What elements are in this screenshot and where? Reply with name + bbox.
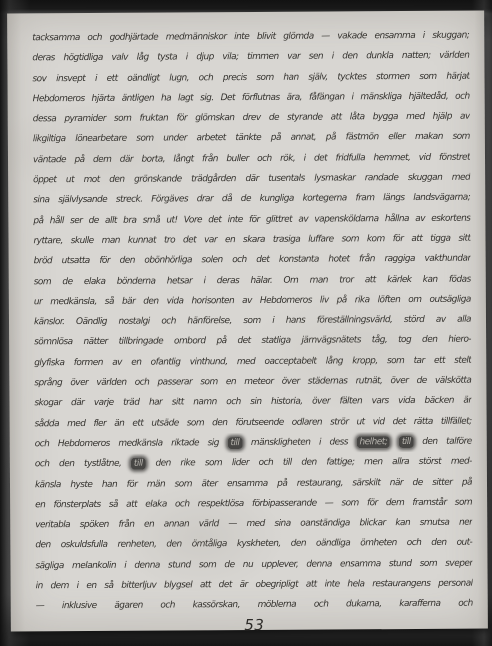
text-segment	[390, 437, 399, 447]
text-line: sägliga melankolin i denna stund som de …	[35, 553, 472, 576]
text-segment: skogar där varje träd har sitt namn och …	[34, 396, 471, 409]
text-segment: språng över världen och passerar som en …	[34, 376, 471, 389]
text-line: öppet ut mot den grönskande trädgården d…	[33, 168, 470, 191]
text-segment: den rike som lider och till den fattige;…	[146, 457, 472, 469]
text-segment: ryttare, skulle man kunnat tro det var e…	[33, 234, 470, 247]
text-line: känslor. Oändlig nostalgi och hänförelse…	[34, 310, 471, 333]
text-line: ryttare, skulle man kunnat tro det var e…	[33, 229, 470, 252]
text-segment: och Hebdomeros medkänsla riktade sig	[35, 438, 228, 449]
text-line: veritabla spöken från en annan värld — m…	[35, 513, 472, 536]
text-segment: sömnlösa nätter tillbringade ombord på d…	[34, 335, 471, 348]
text-segment: likgiltiga lönearbetare som under arbete…	[33, 132, 470, 145]
text-segment: väntade på dem där borta, långt från bul…	[33, 152, 470, 165]
text-segment: som de elaka bönderna hetsar i deras häl…	[34, 274, 471, 287]
text-segment: den oskuldsfulla renheten, den ömtåliga …	[35, 538, 472, 551]
text-line: bröd utsatta för den obönhörliga solen o…	[34, 249, 471, 272]
text-segment: en fönsterplats så att elaka och respekt…	[35, 497, 472, 510]
text-segment: in dem i en så bitterljuv blygsel att de…	[36, 579, 473, 592]
text-segment: dessa pyramider som fruktan för glömskan…	[33, 112, 470, 125]
text-line: likgiltiga lönearbetare som under arbete…	[33, 127, 470, 150]
text-line: som de elaka bönderna hetsar i deras häl…	[34, 269, 471, 292]
text-segment: — inklusive ägaren och kassörskan, möble…	[36, 599, 473, 612]
text-segment: öppet ut mot den grönskande trädgården d…	[33, 173, 470, 186]
highlighted-word: till	[399, 436, 414, 448]
text-line: sömnlösa nätter tillbringade ombord på d…	[34, 330, 471, 353]
book-page: tacksamma och godhjärtade medmänniskor i…	[7, 11, 488, 632]
text-segment: veritabla spöken från en annan värld — m…	[35, 518, 472, 531]
text-line: tacksamma och godhjärtade medmänniskor i…	[32, 26, 469, 49]
text-line: Hebdomeros hjärta äntligen ha lagt sig. …	[33, 87, 470, 110]
text-segment: känslor. Oändlig nostalgi och hänförelse…	[34, 315, 471, 328]
text-line: sina självlysande streck. Förgäves drar …	[33, 188, 470, 211]
text-segment: på håll ser de allt bra små ut! Vore det…	[33, 213, 470, 226]
text-line: deras högtidliga valv låg tysta i djup v…	[32, 46, 469, 69]
text-line: väntade på dem där borta, långt från bul…	[33, 147, 470, 170]
text-line: in dem i en så bitterljuv blygsel att de…	[36, 574, 473, 597]
text-line: på håll ser de allt bra små ut! Vore det…	[33, 208, 470, 231]
text-line: språng över världen och passerar som en …	[34, 371, 471, 394]
scan-backdrop: tacksamma och godhjärtade medmänniskor i…	[0, 0, 492, 646]
text-line: och den tystlåtne, till den rike som lid…	[35, 452, 472, 475]
page-number: 53	[36, 615, 473, 635]
text-segment: sådda med fler än ett utsäde som den för…	[35, 416, 472, 429]
text-line: sov insvept i ett oändligt lugn, och pre…	[32, 66, 469, 89]
text-segment: sina självlysande streck. Förgäves drar …	[33, 193, 470, 206]
text-line: och Hebdomeros medkänsla riktade sig til…	[35, 432, 472, 455]
text-line: den oskuldsfulla renheten, den ömtåliga …	[35, 533, 472, 556]
text-line: — inklusive ägaren och kassörskan, möble…	[36, 594, 473, 617]
text-segment: Hebdomeros hjärta äntligen ha lagt sig. …	[33, 92, 470, 105]
text-segment: den talföre	[414, 437, 472, 447]
text-segment: sov insvept i ett oändligt lugn, och pre…	[32, 71, 469, 84]
highlighted-word: helhet;	[356, 436, 390, 448]
highlighted-word: till	[227, 437, 242, 449]
text-segment: bröd utsatta för den obönhörliga solen o…	[34, 254, 471, 267]
text-line: känsla hyste han för män som äter ensamm…	[35, 472, 472, 495]
text-segment: och den tystlåtne,	[35, 459, 131, 470]
text-segment: mänskligheten i dess	[242, 437, 356, 448]
text-line: glyfiska formen av en ofantlig vinthund,…	[34, 350, 471, 373]
text-segment: ur medkänsla, så bär den vida horisonten…	[34, 294, 471, 307]
text-line: dessa pyramider som fruktan för glömskan…	[33, 107, 470, 130]
text-segment: känsla hyste han för män som äter ensamm…	[35, 477, 472, 490]
text-line: ur medkänsla, så bär den vida horisonten…	[34, 289, 471, 312]
text-segment: sägliga melankolin i denna stund som de …	[35, 558, 472, 571]
highlighted-word: till	[131, 458, 146, 470]
body-text: tacksamma och godhjärtade medmänniskor i…	[32, 26, 473, 617]
text-segment: glyfiska formen av en ofantlig vinthund,…	[34, 355, 471, 368]
text-line: skogar där varje träd har sitt namn och …	[34, 391, 471, 414]
text-segment: tacksamma och godhjärtade medmänniskor i…	[32, 31, 469, 44]
text-line: en fönsterplats så att elaka och respekt…	[35, 492, 472, 515]
text-line: sådda med fler än ett utsäde som den för…	[35, 411, 472, 434]
text-segment: deras högtidliga valv låg tysta i djup v…	[32, 51, 469, 64]
